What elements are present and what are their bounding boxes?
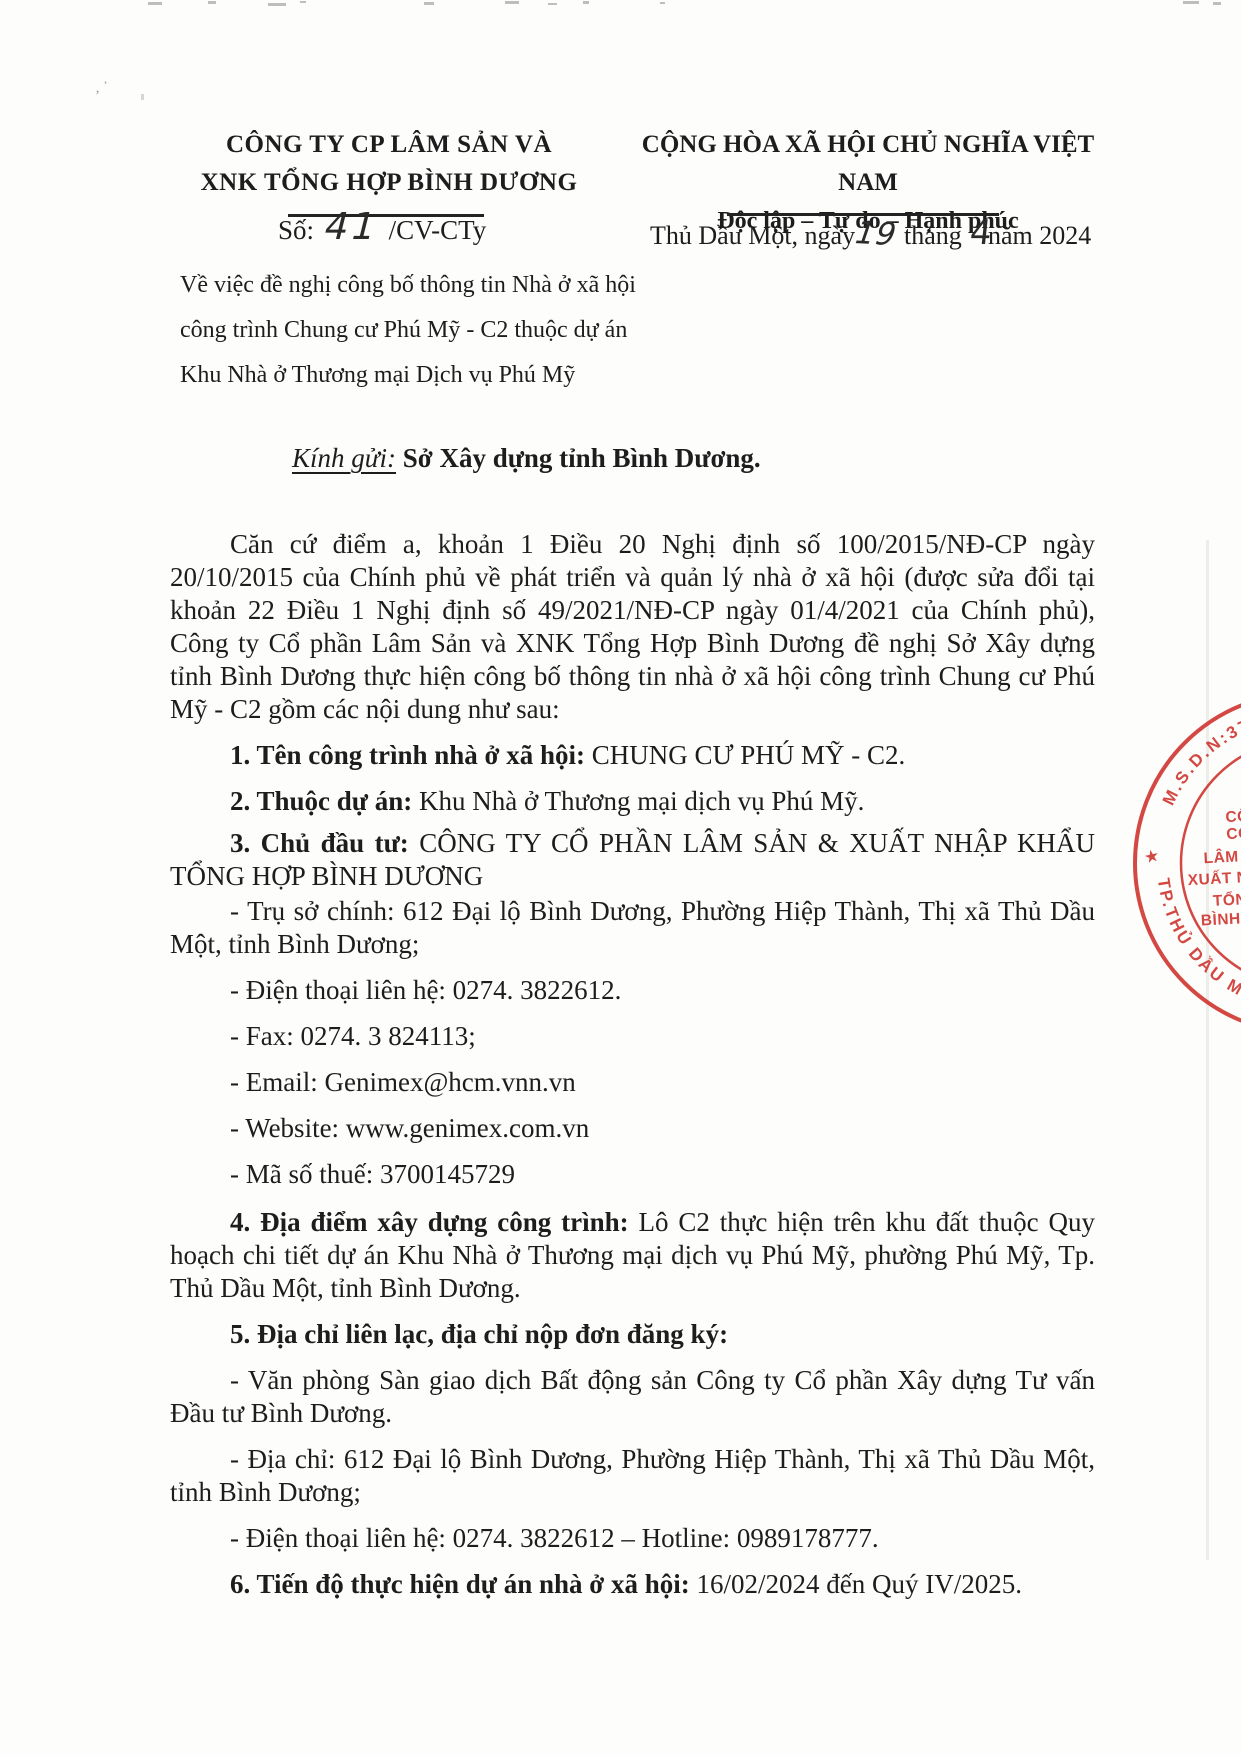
issuer-name-line1: CÔNG TY CP LÂM SẢN VÀ [158, 126, 620, 164]
company-stamp: M.S.D.N:370 ★ TP.THỦ DẦU MỘT- CÔ CỔ LÂM … [1100, 688, 1241, 1048]
item-3-subitem: - Email: Genimex@hcm.vnn.vn [170, 1066, 1095, 1099]
item-5-subitem: - Văn phòng Sàn giao dịch Bất động sản C… [170, 1364, 1095, 1430]
item-2-value: Khu Nhà ở Thương mại dịch vụ Phú Mỹ. [419, 786, 864, 816]
doc-number-suffix: /CV-CTy [389, 215, 487, 245]
item-4-label: 4. Địa điểm xây dựng công trình: [230, 1207, 629, 1237]
document-page: ‚ ᾽ CÔNG TY CP LÂM SẢN VÀ XNK TỔNG HỢP B… [0, 0, 1241, 1755]
item-3-label: 3. Chủ đầu tư: [230, 828, 409, 858]
item-2-label: 2. Thuộc dự án: [230, 786, 412, 816]
stamp-center-line: XUẤT NH [1187, 868, 1241, 889]
item-1-value: CHUNG CƯ PHÚ MỸ - C2. [592, 740, 905, 770]
stamp-center-line: LÂM S [1203, 847, 1241, 868]
subject-line1: Về việc đề nghị công bố thông tin Nhà ở … [180, 263, 700, 308]
stamp-center-line: BÌNH DƯ [1200, 909, 1241, 930]
doc-number: Số: 41 /CV-CTy [278, 215, 486, 246]
item-3-subitem: - Trụ sở chính: 612 Đại lộ Bình Dương, P… [170, 895, 1095, 961]
item-3-subitem: - Điện thoại liên hệ: 0274. 3822612. [170, 974, 1095, 1007]
item-1: 1. Tên công trình nhà ở xã hội: CHUNG CƯ… [170, 739, 1095, 772]
stamp-center-line: TỔNG [1212, 889, 1241, 909]
document-body: Căn cứ điểm a, khoản 1 Điều 20 Nghị định… [170, 528, 1095, 1601]
item-6: 6. Tiến độ thực hiện dự án nhà ở xã hội:… [170, 1568, 1095, 1601]
stamp-center-line: CÔ [1225, 807, 1241, 826]
scan-noise [300, 1, 306, 3]
item-4: 4. Địa điểm xây dựng công trình: Lô C2 t… [170, 1206, 1095, 1305]
item-6-label: 6. Tiến độ thực hiện dự án nhà ở xã hội: [230, 1569, 690, 1599]
scan-noise [268, 3, 286, 6]
salutation-label: Kính gửi: [292, 443, 396, 473]
stamp-center-line: CỔ [1226, 824, 1241, 843]
salutation: Kính gửi: Sở Xây dựng tỉnh Bình Dương. [292, 443, 761, 474]
date-suffix: năm 2024 [988, 221, 1091, 250]
date-day-handwritten: 19 [855, 233, 896, 235]
item-5: 5. Địa chỉ liên lạc, địa chỉ nộp đơn đăn… [170, 1318, 1095, 1351]
item-3-subitem: - Mã số thuế: 3700145729 [170, 1158, 1095, 1191]
item-5-subitem: - Địa chỉ: 612 Đại lộ Bình Dương, Phường… [170, 1443, 1095, 1509]
item-6-value: 16/02/2024 đến Quý IV/2025. [697, 1569, 1022, 1599]
subject-line2: công trình Chung cư Phú Mỹ - C2 thuộc dự… [180, 308, 700, 353]
scan-noise [141, 94, 144, 100]
doc-number-prefix: Số: [278, 215, 314, 245]
issuer-block: CÔNG TY CP LÂM SẢN VÀ XNK TỔNG HỢP BÌNH … [158, 126, 620, 202]
salutation-recipient: Sở Xây dựng tỉnh Bình Dương. [403, 443, 761, 473]
item-3-subitem: - Website: www.genimex.com.vn [170, 1112, 1095, 1145]
item-3: 3. Chủ đầu tư: CÔNG TY CỔ PHẦN LÂM SẢN &… [170, 827, 1095, 893]
stamp-star-icon: ★ [1142, 846, 1161, 868]
item-2: 2. Thuộc dự án: Khu Nhà ở Thương mại dịc… [170, 785, 1095, 818]
scan-noise [424, 2, 434, 5]
scan-noise [148, 2, 162, 5]
scan-noise [583, 1, 589, 4]
scan-noise [208, 1, 216, 4]
scan-noise [548, 3, 557, 5]
scan-noise [660, 2, 665, 4]
scan-noise [505, 1, 519, 4]
item-5-label: 5. Địa chỉ liên lạc, địa chỉ nộp đơn đăn… [230, 1319, 728, 1349]
subject-line3: Khu Nhà ở Thương mại Dịch vụ Phú Mỹ [180, 353, 700, 398]
scan-noise [1183, 1, 1199, 4]
item-5-subitem: - Điện thoại liên hệ: 0274. 3822612 – Ho… [170, 1522, 1095, 1555]
national-title: CỘNG HÒA XÃ HỘI CHỦ NGHĨA VIỆT NAM [622, 126, 1114, 202]
item-3-subitem: - Fax: 0274. 3 824113; [170, 1020, 1095, 1053]
date-place: Thủ Dầu Một, ngày [650, 221, 855, 250]
date-line: Thủ Dầu Một, ngày19 tháng 4năm 2024 [650, 221, 1091, 251]
intro-paragraph: Căn cứ điểm a, khoản 1 Điều 20 Nghị định… [170, 528, 1095, 726]
item-1-label: 1. Tên công trình nhà ở xã hội: [230, 740, 585, 770]
scan-noise [1213, 2, 1221, 5]
issuer-name-line2: XNK TỔNG HỢP BÌNH DƯƠNG [158, 164, 620, 202]
date-mid: tháng [904, 221, 962, 250]
subject-block: Về việc đề nghị công bố thông tin Nhà ở … [180, 263, 700, 398]
scan-mark: ‚ ᾽ [95, 80, 108, 97]
